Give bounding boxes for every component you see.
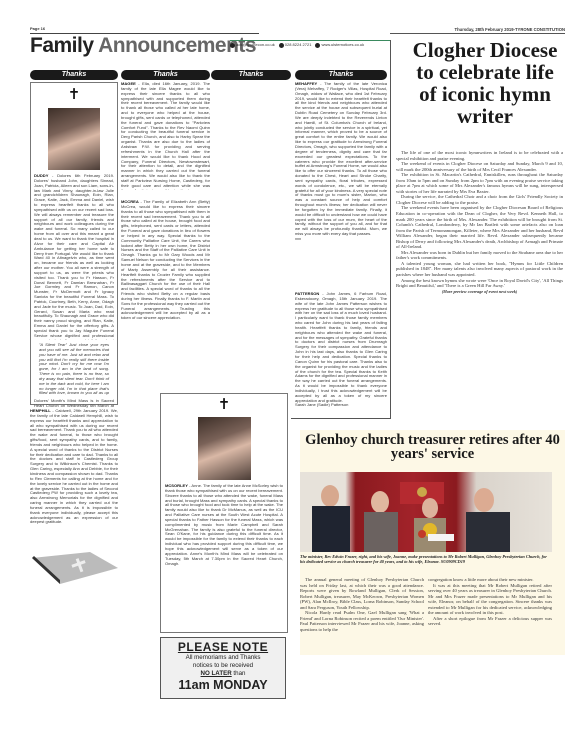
date-publication: Thursday, 28th February 2019-TYRONE CONS… [390, 27, 565, 34]
thanks-header-col2: Thanks [121, 70, 210, 80]
please-note-line2: notices to be received [161, 662, 285, 670]
glenhoy-body-col1: The annual general meeting of Glenhoy Pr… [300, 577, 424, 657]
thanks-header-col1: Thanks [30, 70, 118, 80]
section-title: Family Announcements [30, 35, 256, 57]
mcsorley-notice-text: MCSORLEY - Anne. The family of the late … [161, 480, 287, 622]
mccrea-notice: MCCREA - The Family of Elizabeth Ann (Be… [121, 200, 210, 338]
duddy-mass: Dolores' Month's Mind Mass is in Sacred … [31, 396, 117, 408]
thanks-header-col4: Thanks [295, 70, 387, 80]
mcsorley-notice-box: ✝ MCSORLEY - Anne. The family of the lat… [160, 393, 288, 633]
notice-bottom-rule [291, 418, 391, 419]
contact-email[interactable]: ads@tyronecon.co.uk [236, 42, 275, 47]
web-icon [315, 43, 320, 48]
duddy-photo [48, 108, 100, 170]
glenhoy-body-col2: congregation know a little more about th… [428, 577, 552, 657]
please-note-deadline: 11am MONDAY [161, 678, 285, 692]
clogher-footer-note: (More preview coverage of event next wee… [396, 289, 563, 295]
please-note-box: PLEASE NOTE All memoriams and Thanks not… [160, 637, 286, 699]
phone-icon [279, 43, 284, 48]
thanks-header-col3: Thanks [211, 70, 291, 80]
mcsorley-photo [198, 417, 251, 480]
contact-bar: ads@tyronecon.co.uk 028 8224 2721 www.ul… [230, 40, 390, 49]
glenhoy-caption: The minister, Rev Edwin Frazer, right, a… [300, 554, 552, 564]
page-number: Page 16 [30, 26, 45, 31]
column3-overflow [211, 82, 291, 382]
hemphill-notice: HEMPHILL - Caldwell, 29th January 2019. … [30, 409, 118, 541]
mehaffey-notice: MEHAFFEY - The family of the late Veroni… [295, 82, 387, 262]
please-note-line1: All memoriams and Thanks [161, 654, 285, 662]
patterson-notice: PATTERSON - John James, 6 Farbum Road, E… [295, 292, 387, 415]
column-divider [390, 40, 391, 418]
please-note-emphasis: NO LATER [201, 670, 232, 677]
cross-icon: ✝ [31, 87, 117, 103]
email-icon [230, 43, 235, 48]
duddy-notice-box: ✝ DUDDY - Dolores 6th February 2019. Dol… [30, 82, 118, 405]
bible-icon [30, 550, 120, 586]
clogher-headline: Clogher Diocese to celebrate life of ico… [405, 39, 565, 127]
cross-icon: ✝ [161, 397, 287, 413]
glenhoy-photo [300, 472, 552, 552]
clogher-body: The life of one of the most iconic hymnw… [396, 150, 563, 420]
glenhoy-headline: Glenhoy church treasurer retires after 4… [300, 433, 565, 461]
section-title-bold: Family [30, 34, 94, 57]
duddy-notice-text: DUDDY - Dolores 6th February 2019. Dolor… [31, 170, 117, 340]
duddy-poem: "A Silent Tear" Just close your eyes and… [31, 340, 117, 396]
magee-notice: MAGEE - Ella, died 16th January, 2019. T… [121, 82, 210, 190]
contact-website[interactable]: www.ulsternotices.co.uk [321, 42, 364, 47]
contact-phone[interactable]: 028 8224 2721 [285, 42, 312, 47]
please-note-heading: PLEASE NOTE [161, 640, 285, 654]
